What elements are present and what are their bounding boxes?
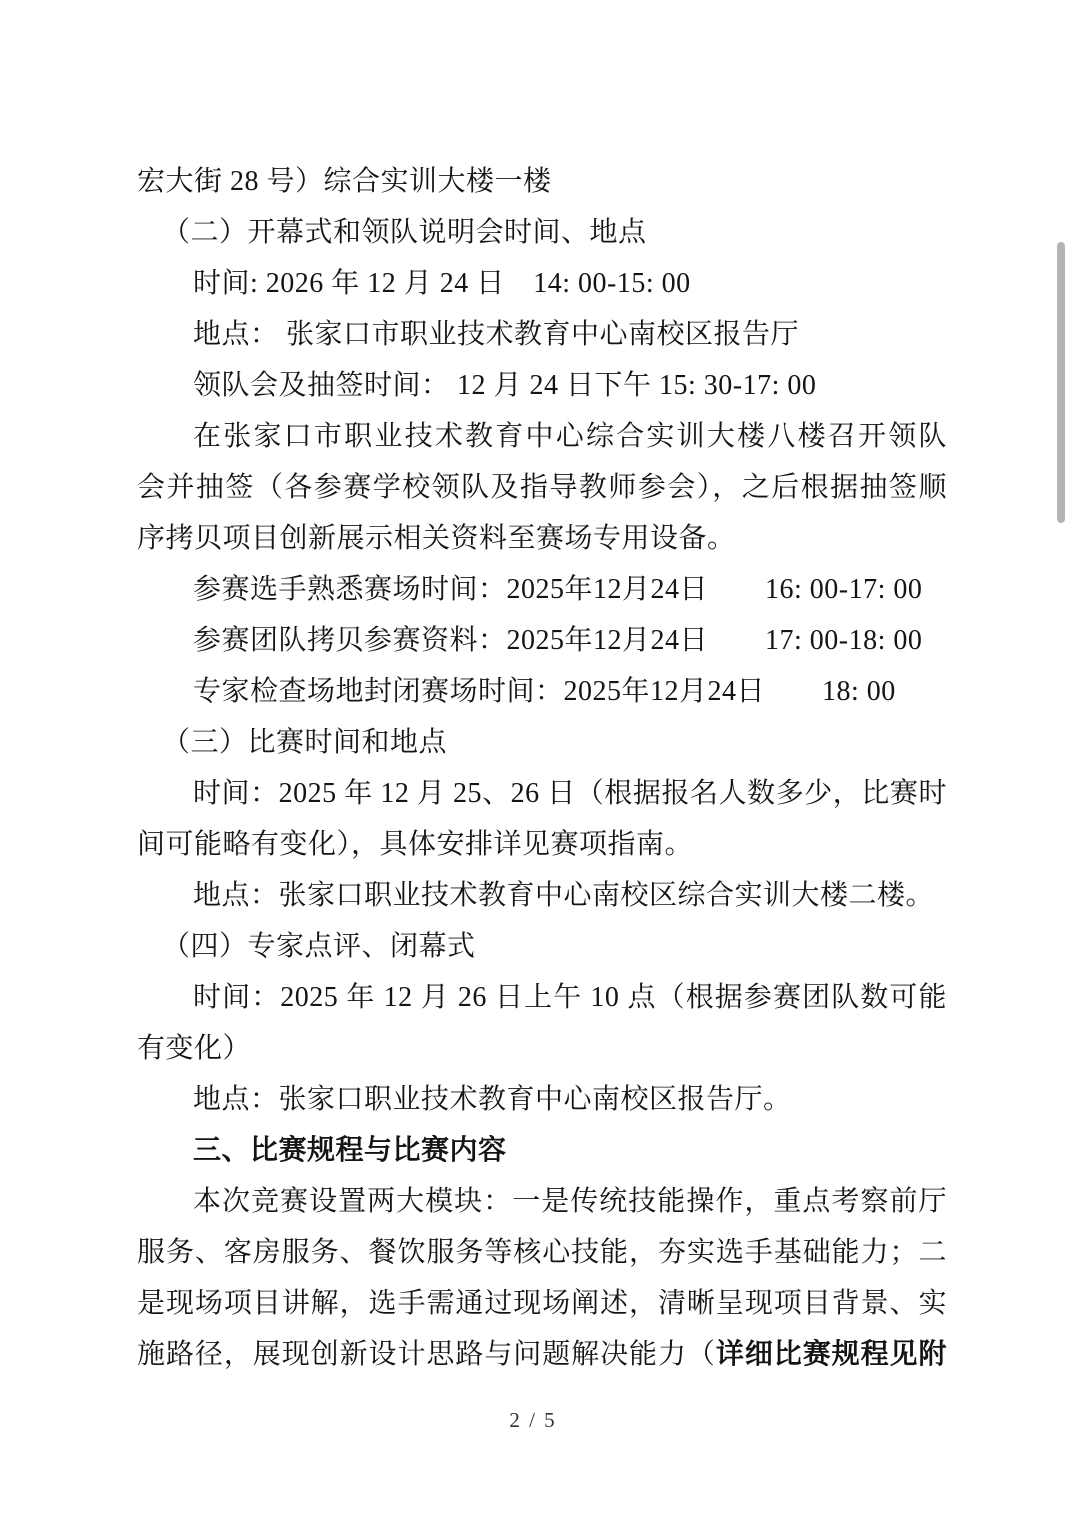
text-line: （三）比赛时间和地点 [137,717,947,768]
text-run: 时间：2025 年 12 月 26 日上午 10 点（根据参赛团队数可能 [193,982,947,1013]
scrollbar-thumb[interactable] [1057,242,1065,523]
text-run: 地点：张家口职业技术教育中心南校区综合实训大楼二楼。 [193,880,934,911]
text-run: 施路径，展现创新设计思路与问题解决能力（ [137,1339,716,1370]
text-line: 三、比赛规程与比赛内容 [137,1125,947,1176]
text-run: 专家检查场地封闭赛场时间：2025年12月24日 18: 00 [193,676,896,707]
text-run: 在张家口市职业技术教育中心综合实训大楼八楼召开领队 [193,421,947,452]
text-run: 时间：2025 年 12 月 25、26 日（根据报名人数多少，比赛时 [193,778,947,809]
text-line: 地点：张家口职业技术教育中心南校区综合实训大楼二楼。 [137,870,947,921]
text-line: 序拷贝项目创新展示相关资料至赛场专用设备。 [137,513,947,564]
text-line: 有变化） [137,1023,947,1074]
text-run-bold: 详细比赛规程见附 [716,1339,947,1370]
text-line: 地点：张家口职业技术教育中心南校区报告厅。 [137,1074,947,1125]
text-run: （二）开幕式和领队说明会时间、地点 [162,217,647,248]
text-run: 序拷贝项目创新展示相关资料至赛场专用设备。 [137,523,736,554]
text-line: 在张家口市职业技术教育中心综合实训大楼八楼召开领队 [137,411,947,462]
text-run: 间可能略有变化），具体安排详见赛项指南。 [137,829,693,860]
text-line: 时间：2025 年 12 月 25、26 日（根据报名人数多少，比赛时 [137,768,947,819]
text-run: 地点：张家口职业技术教育中心南校区报告厅。 [193,1084,792,1115]
text-run: 三、比赛规程与比赛内容 [193,1135,507,1166]
text-run: 会并抽签（各参赛学校领队及指导教师参会），之后根据抽签顺 [137,472,947,503]
text-line: 时间: 2026 年 12 月 24 日 14: 00-15: 00 [137,258,947,309]
text-line: 会并抽签（各参赛学校领队及指导教师参会），之后根据抽签顺 [137,462,947,513]
text-run: 有变化） [137,1033,251,1064]
text-run: 宏大街 28 号）综合实训大楼一楼 [137,166,552,197]
text-run: 参赛团队拷贝参赛资料：2025年12月24日 17: 00-18: 00 [193,625,922,656]
text-run: 地点： 张家口市职业技术教育中心南校区报告厅 [193,319,799,350]
text-line: 是现场项目讲解，选手需通过现场阐述，清晰呈现项目背景、实 [137,1278,947,1329]
text-line: 间可能略有变化），具体安排详见赛项指南。 [137,819,947,870]
text-line: 宏大街 28 号）综合实训大楼一楼 [137,156,947,207]
text-line: 参赛团队拷贝参赛资料：2025年12月24日 17: 00-18: 00 [137,615,947,666]
text-line: 专家检查场地封闭赛场时间：2025年12月24日 18: 00 [137,666,947,717]
text-run: 领队会及抽签时间： 12 月 24 日下午 15: 30-17: 00 [193,370,816,401]
text-line: 时间：2025 年 12 月 26 日上午 10 点（根据参赛团队数可能 [137,972,947,1023]
text-run: 时间: 2026 年 12 月 24 日 14: 00-15: 00 [193,268,691,299]
document-body: 宏大街 28 号）综合实训大楼一楼（二）开幕式和领队说明会时间、地点时间: 20… [137,156,947,1380]
text-line: 服务、客房服务、餐饮服务等核心技能，夯实选手基础能力；二 [137,1227,947,1278]
text-line: 本次竞赛设置两大模块：一是传统技能操作，重点考察前厅 [137,1176,947,1227]
text-line: 地点： 张家口市职业技术教育中心南校区报告厅 [137,309,947,360]
text-line: （四）专家点评、闭幕式 [137,921,947,972]
text-run: （四）专家点评、闭幕式 [162,931,476,962]
text-line: 领队会及抽签时间： 12 月 24 日下午 15: 30-17: 00 [137,360,947,411]
text-line: 参赛选手熟悉赛场时间：2025年12月24日 16: 00-17: 00 [137,564,947,615]
page-number: 2 / 5 [0,1408,1066,1433]
text-run: 是现场项目讲解，选手需通过现场阐述，清晰呈现项目背景、实 [137,1288,947,1319]
text-run: 本次竞赛设置两大模块：一是传统技能操作，重点考察前厅 [193,1186,947,1217]
text-run: 参赛选手熟悉赛场时间：2025年12月24日 16: 00-17: 00 [193,574,922,605]
text-line: 施路径，展现创新设计思路与问题解决能力（详细比赛规程见附 [137,1329,947,1380]
text-run: （三）比赛时间和地点 [162,727,447,758]
text-run: 服务、客房服务、餐饮服务等核心技能，夯实选手基础能力；二 [137,1237,947,1268]
text-line: （二）开幕式和领队说明会时间、地点 [137,207,947,258]
